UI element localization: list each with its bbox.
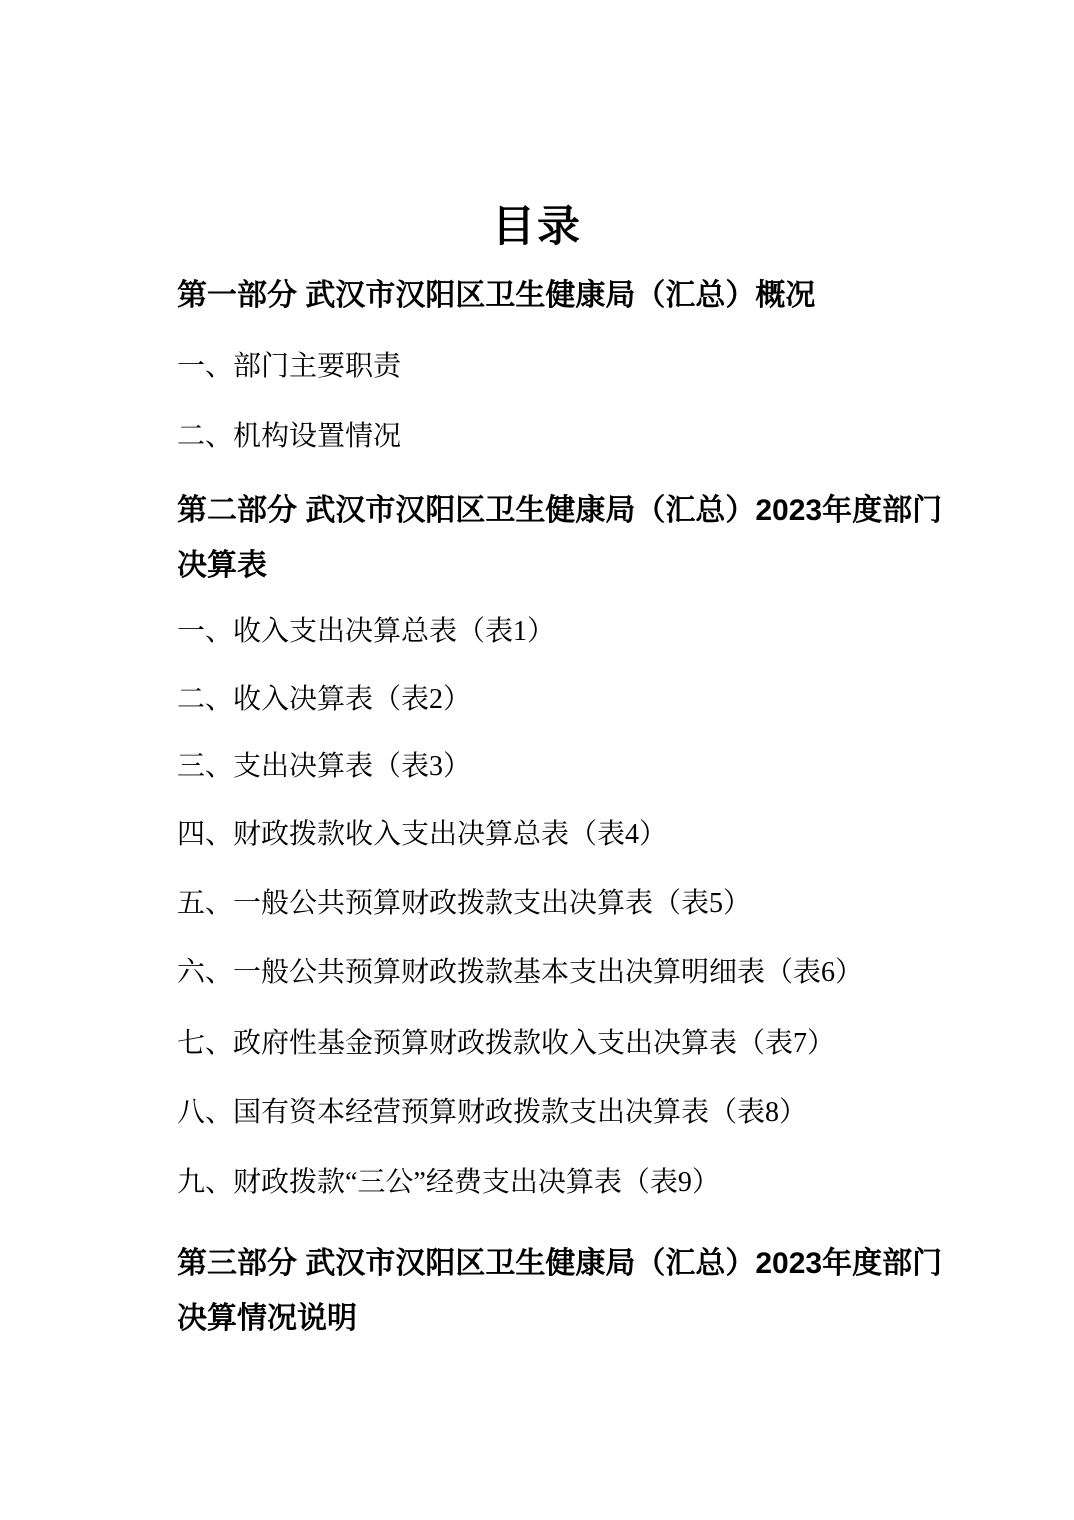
toc-item: 二、机构设置情况 <box>177 420 401 454</box>
toc-item: 九、财政拨款“三公”经费支出决算表（表9） <box>177 1166 720 1200</box>
toc-item: 七、政府性基金预算财政拨款收入支出决算表（表7） <box>177 1027 835 1061</box>
section-2-heading-line-1: 第二部分 武汉市汉阳区卫生健康局（汇总）2023年度部门 <box>177 492 942 530</box>
section-1-heading: 第一部分 武汉市汉阳区卫生健康局（汇总）概况 <box>177 277 815 315</box>
toc-item: 三、支出决算表（表3） <box>177 750 471 784</box>
toc-item: 一、部门主要职责 <box>177 350 401 384</box>
toc-item: 二、收入决算表（表2） <box>177 683 471 717</box>
toc-item: 五、一般公共预算财政拨款支出决算表（表5） <box>177 887 751 921</box>
toc-item: 八、国有资本经营预算财政拨款支出决算表（表8） <box>177 1096 807 1130</box>
toc-item: 四、财政拨款收入支出决算总表（表4） <box>177 818 667 852</box>
section-3-heading-line-2: 决算情况说明 <box>177 1300 357 1338</box>
toc-page: 目录 第一部分 武汉市汉阳区卫生健康局（汇总）概况 一、部门主要职责 二、机构设… <box>0 0 1074 1520</box>
toc-item: 一、收入支出决算总表（表1） <box>177 615 555 649</box>
page-title: 目录 <box>0 204 1074 250</box>
section-3-heading-line-1: 第三部分 武汉市汉阳区卫生健康局（汇总）2023年度部门 <box>177 1245 942 1283</box>
section-2-heading-line-2: 决算表 <box>177 547 267 585</box>
toc-item: 六、一般公共预算财政拨款基本支出决算明细表（表6） <box>177 956 863 990</box>
